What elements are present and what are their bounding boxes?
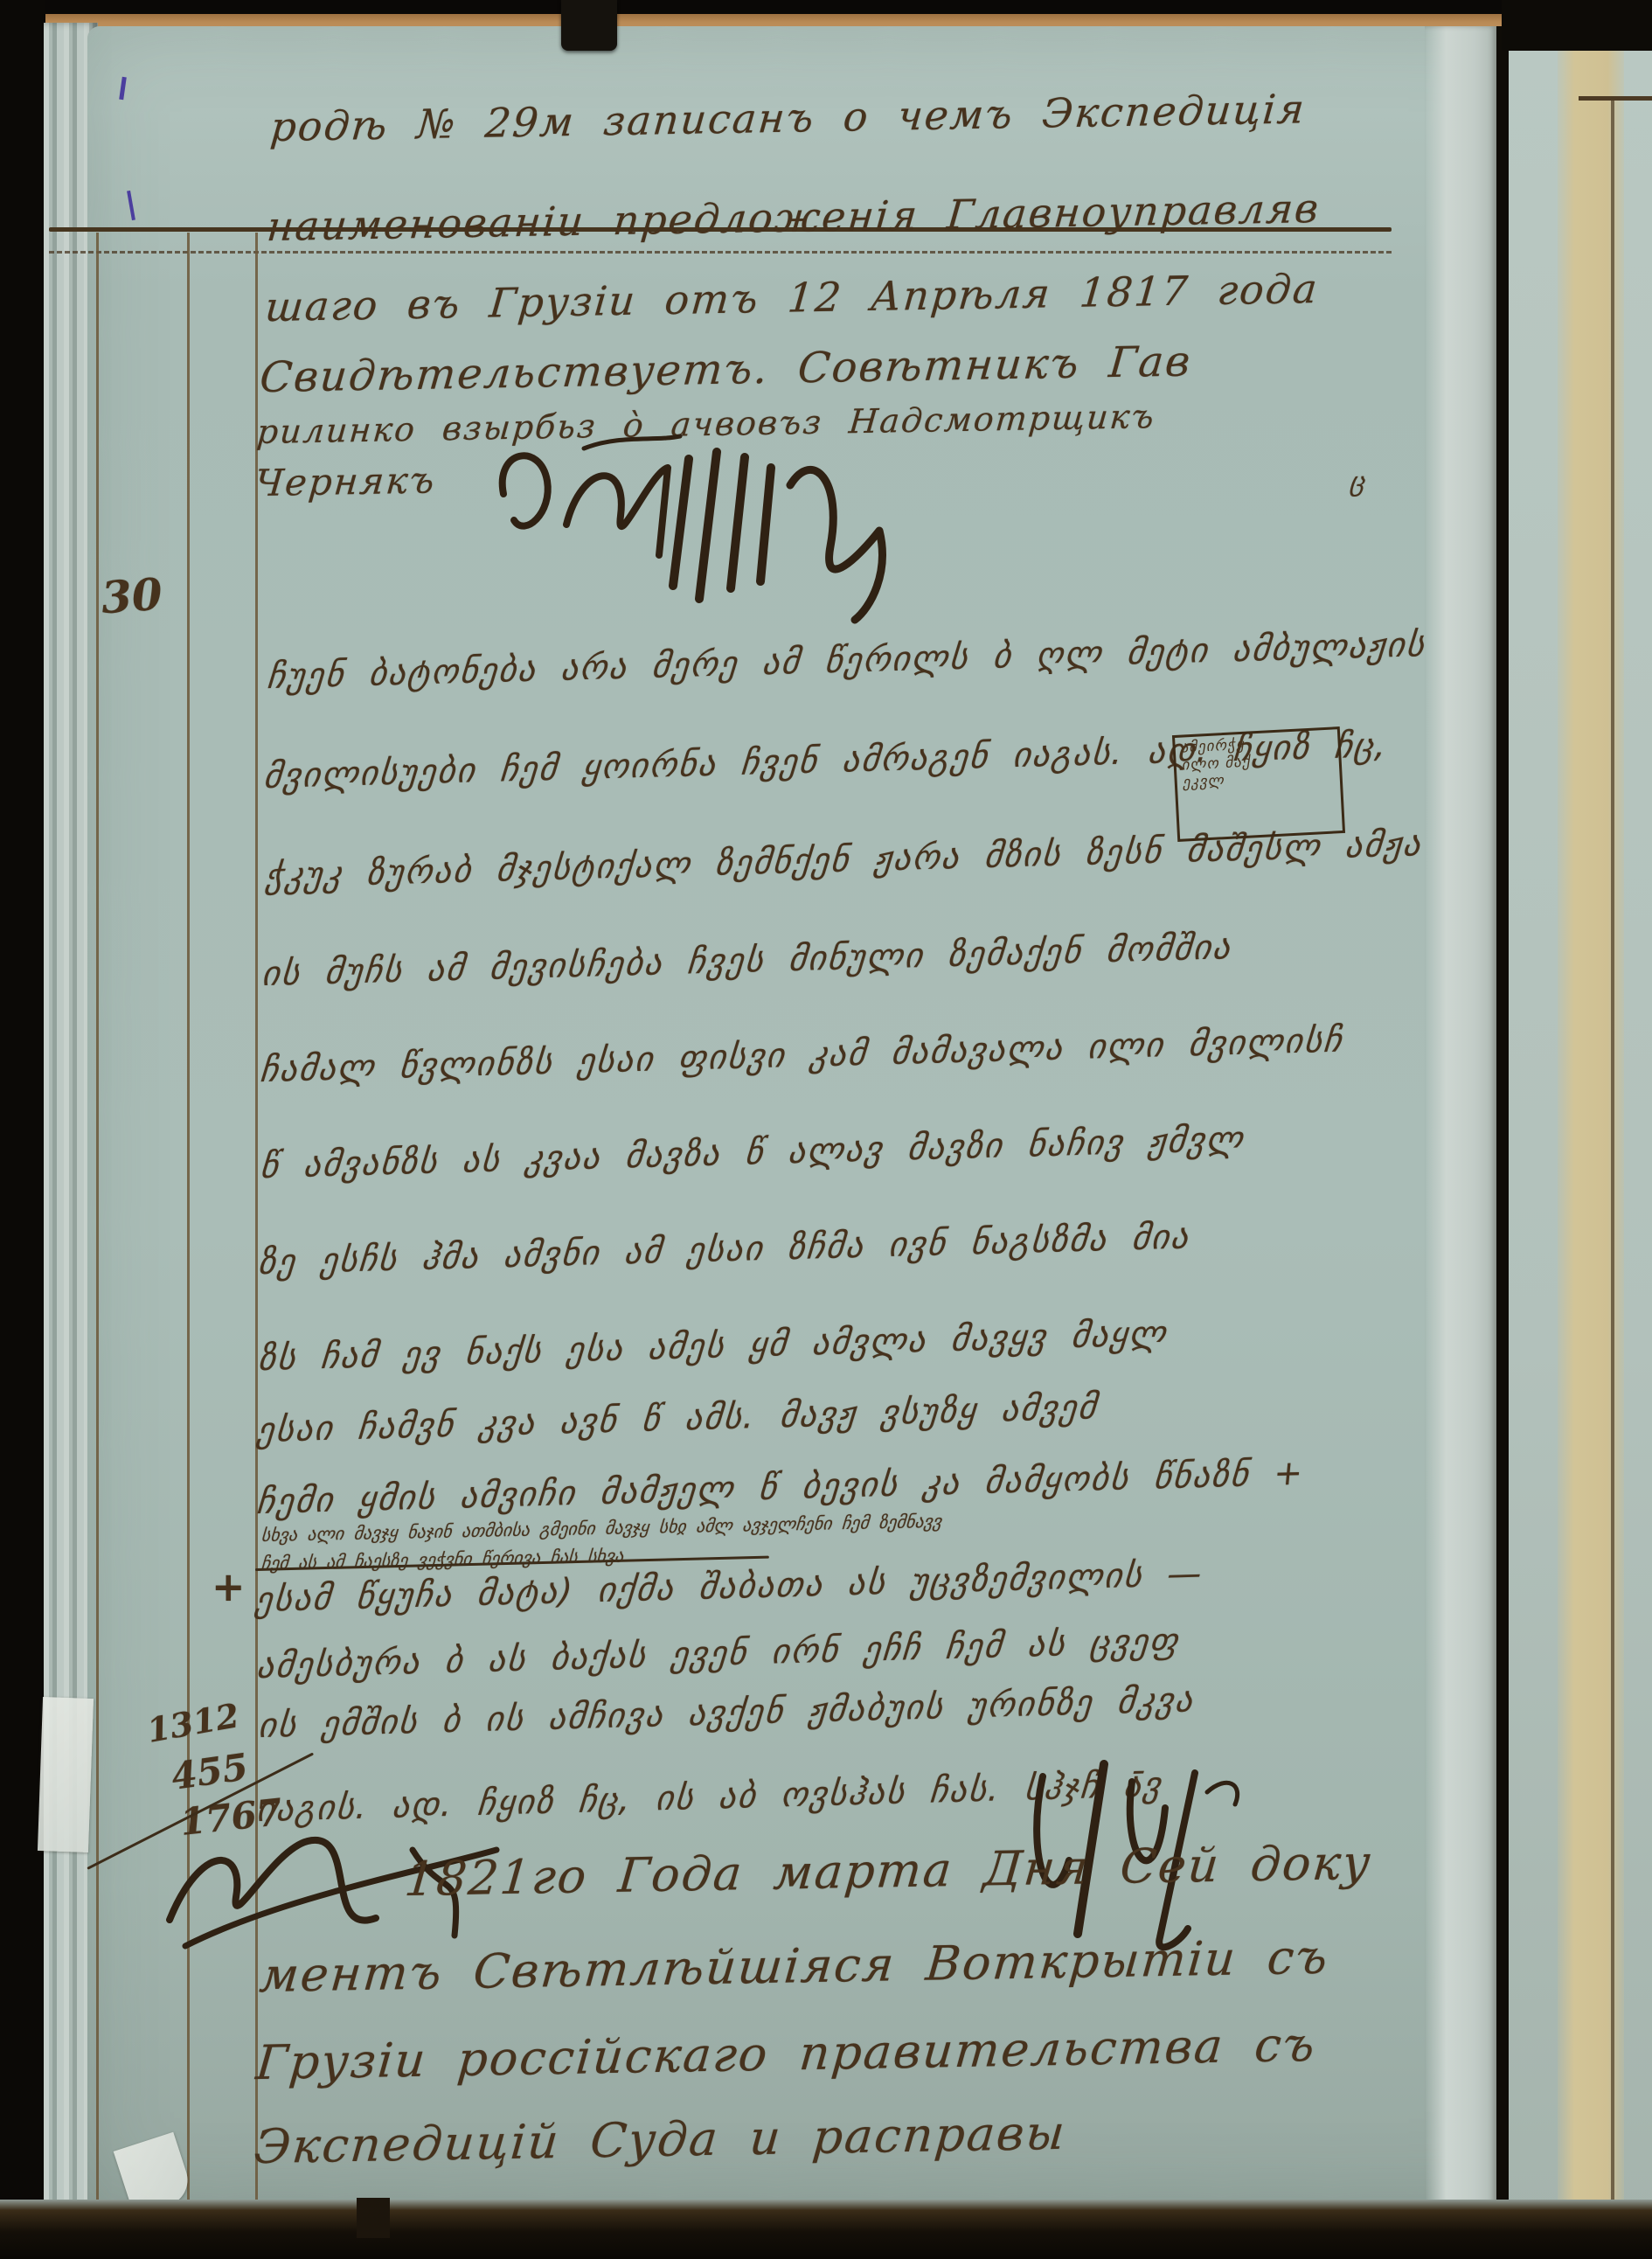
neighbor-ruled-line-vertical — [1611, 96, 1614, 2203]
margin-entry-number: 30 — [100, 568, 164, 624]
page-right-edge — [1425, 26, 1496, 2205]
margin-plus-mark: + — [212, 1563, 246, 1610]
scan-left-border — [0, 0, 45, 2259]
manuscript-scan: 30 родѣ № 29м записанъ о чемъ Экспедиція… — [0, 0, 1652, 2259]
header-rule-line-dotted — [49, 251, 1392, 254]
header-line-6: Чернякъ — [253, 458, 438, 504]
clerk-signature-flourish — [479, 433, 899, 634]
scan-bottom-border — [0, 2200, 1652, 2259]
repair-tape-left — [38, 1697, 94, 1852]
margin-rule-line-1 — [96, 233, 99, 2201]
binding-crease — [1496, 26, 1509, 2259]
neighbor-ruled-line-horizontal — [1579, 96, 1652, 101]
binding-stub — [357, 2198, 390, 2238]
scan-top-border — [0, 0, 1652, 14]
stray-letter-mark: ც — [1349, 466, 1368, 497]
scan-top-right-corner — [1502, 0, 1652, 51]
binding-tab — [561, 0, 617, 51]
boxed-marginal-note: ამეირჭყ ილო მაქ ეკვლ — [1172, 726, 1345, 842]
